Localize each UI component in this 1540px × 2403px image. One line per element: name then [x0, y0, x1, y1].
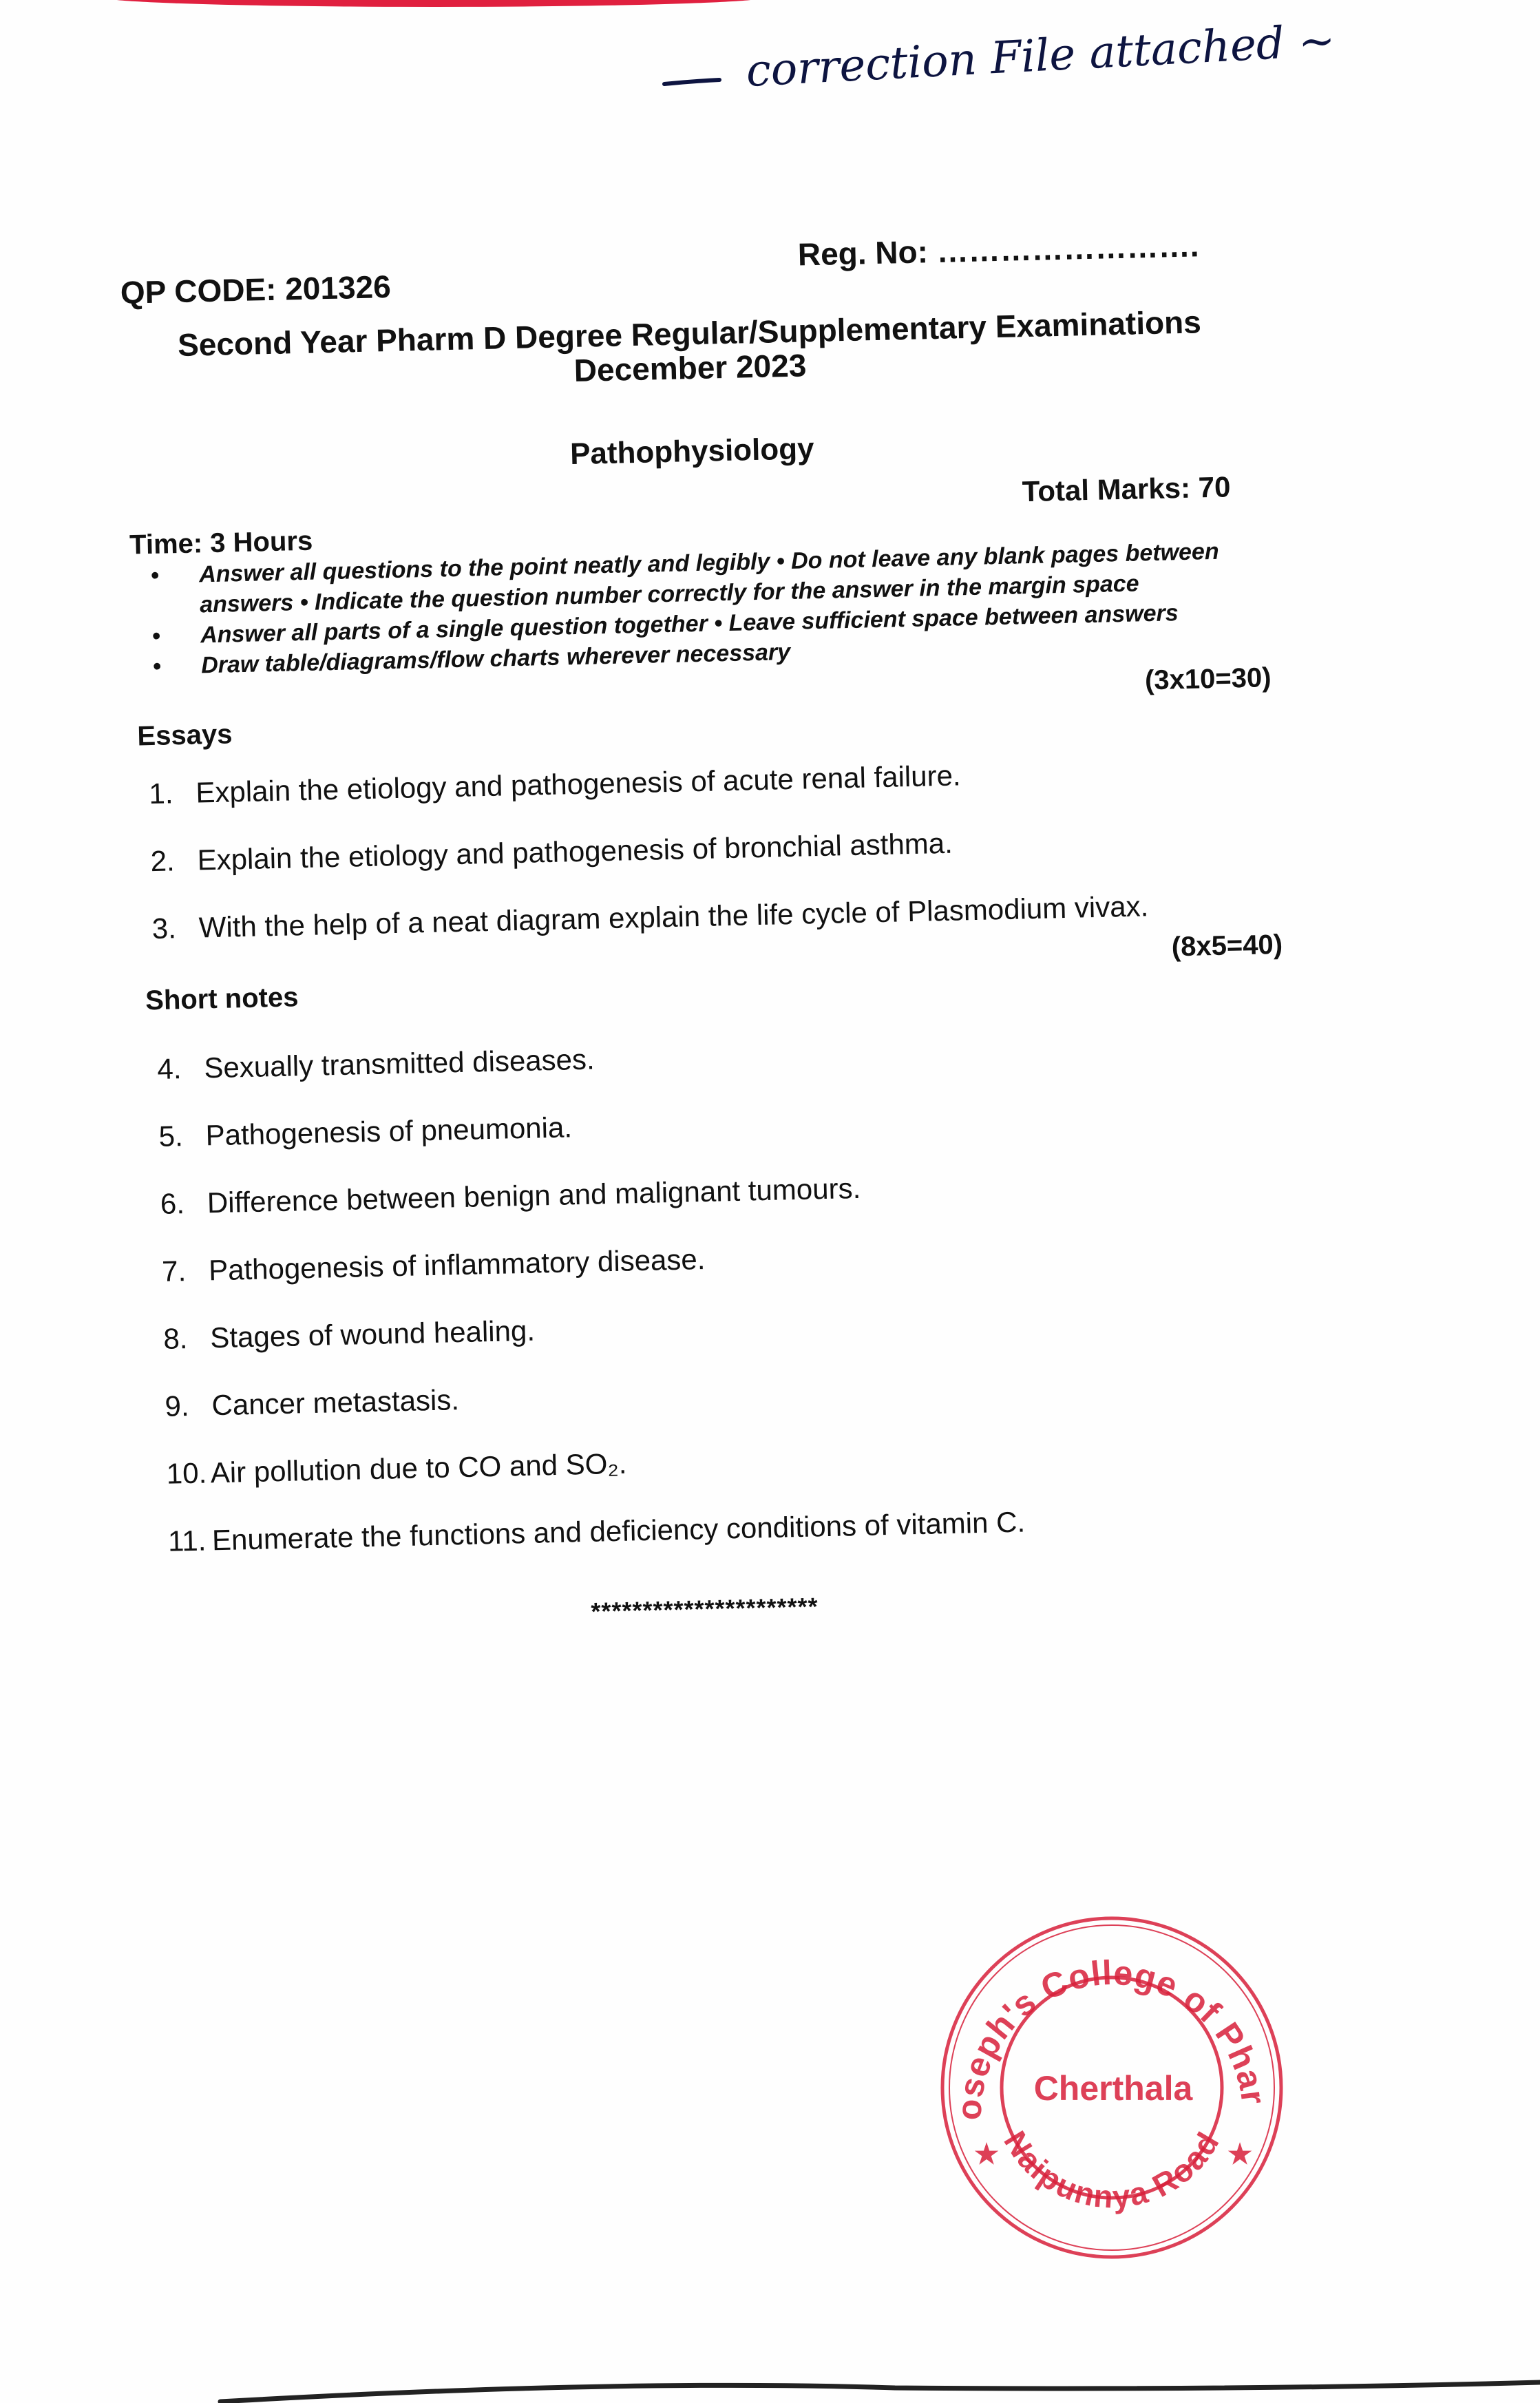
- reg-no-field: Reg. No: …………………….: [797, 227, 1199, 273]
- question-item: 6.Difference between benign and malignan…: [160, 1172, 861, 1221]
- section-heading-essays: Essays: [137, 719, 233, 752]
- star-icon: ★: [1227, 2139, 1252, 2170]
- question-item: 10.Air pollution due to CO and SO₂.: [166, 1447, 627, 1491]
- essays-marks-scheme: (3x10=30): [1145, 662, 1272, 696]
- question-item: 9.Cancer metastasis.: [165, 1383, 459, 1423]
- question-item: 7.Pathogenesis of inflammatory disease.: [162, 1243, 706, 1288]
- qp-code: QP CODE: 201326: [120, 268, 391, 311]
- svg-text:Naipunnya Road: Naipunnya Road: [997, 2125, 1226, 2215]
- bullet-icon: •: [152, 621, 161, 651]
- end-of-paper-marker: **********************: [591, 1592, 819, 1626]
- section-heading-short-notes: Short notes: [145, 982, 299, 1016]
- instructions-list: •Answer all questions to the point neatl…: [151, 535, 1269, 682]
- exam-paper: QP CODE: 201326 Reg. No: ……………………. Secon…: [0, 0, 1540, 2403]
- question-item: 4.Sexually transmitted diseases.: [157, 1043, 595, 1086]
- bullet-icon: •: [151, 560, 160, 591]
- question-item: 11.Enumerate the functions and deficienc…: [168, 1506, 1026, 1558]
- bullet-icon: •: [153, 651, 162, 682]
- question-item: 2.Explain the etiology and pathogenesis …: [150, 827, 953, 878]
- svg-text:Cherthala: Cherthala: [1034, 2069, 1194, 2108]
- total-marks: Total Marks: 70: [1022, 470, 1231, 508]
- college-seal-stamp: St. Joseph's College of Pharmacy Naipunn…: [933, 1909, 1291, 2267]
- question-item: 1.Explain the etiology and pathogenesis …: [149, 759, 961, 810]
- exam-duration: Time: 3 Hours: [129, 526, 313, 561]
- exam-title: Second Year Pharm D Degree Regular/Suppl…: [1, 300, 1379, 400]
- question-item: 3.With the help of a neat diagram explai…: [151, 890, 1148, 945]
- pen-stroke-bottom: [0, 2341, 1540, 2403]
- star-icon: ★: [974, 2139, 999, 2170]
- question-item: 8.Stages of wound healing.: [163, 1314, 536, 1356]
- question-item: 5.Pathogenesis of pneumonia.: [158, 1111, 572, 1153]
- short-notes-marks-scheme: (8x5=40): [1171, 930, 1283, 963]
